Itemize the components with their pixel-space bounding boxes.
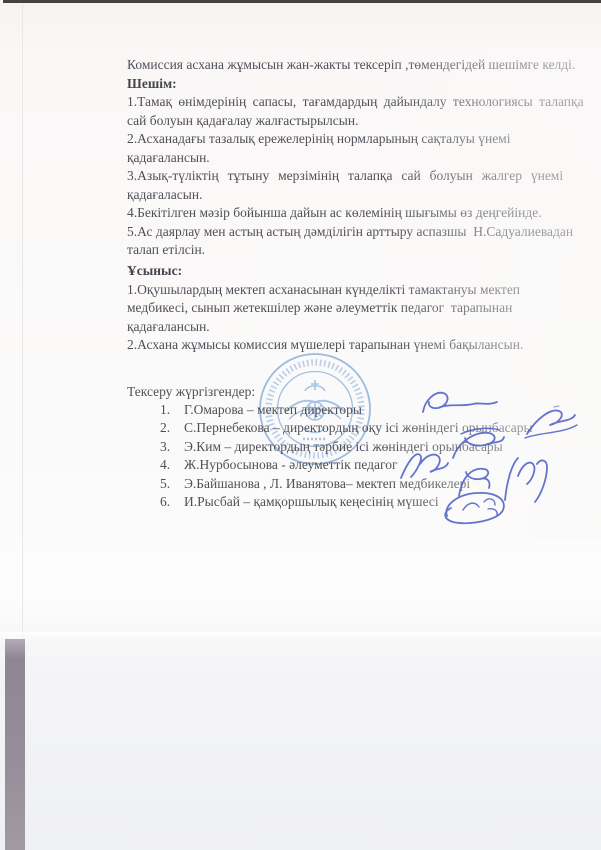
inspector-number: 1. xyxy=(160,401,184,419)
decision-item-5-cont: талап етілсін. xyxy=(127,241,587,260)
signature-ivanyatova xyxy=(505,458,547,502)
signature-rysbay xyxy=(445,493,504,523)
proposal-item-1-cont2: қадағалансын. xyxy=(127,318,587,337)
decision-heading: Шешім: xyxy=(127,75,587,94)
decision-item-1: 1.Тамақ өнімдерінің сапасы, тағамдардың … xyxy=(127,93,587,112)
decision-item-1-cont: сай болуын қадағалау жалғастырылсын. xyxy=(127,112,587,131)
decision-section: Комиссия асхана жұмысын жан-жакты тексер… xyxy=(127,56,587,260)
decision-item-4: 4.Бекітілген мәзір бойынша дайын ас көле… xyxy=(127,204,587,223)
signature-nurbosynova xyxy=(401,454,448,478)
inspector-number: 3. xyxy=(160,438,184,456)
decision-item-5: 5.Ас даярлау мен астың астың дәмділігін … xyxy=(127,223,587,242)
signature-baishanova xyxy=(459,469,490,496)
decision-item-3-cont: қадағаласын. xyxy=(127,186,587,205)
inspector-name-role: Г.Омарова – мектеп директоры xyxy=(184,401,362,419)
inspector-number: 6. xyxy=(160,493,184,511)
decision-item-3: 3.Азық-түліктің тұтыну мерзімінің талапқ… xyxy=(127,167,587,186)
ink-signatures xyxy=(385,378,601,533)
inspectors-heading: Тексеру жүргізгендер: xyxy=(127,383,255,402)
decision-item-2: 2.Асханадағы тазалық ережелерінің нормла… xyxy=(127,130,587,149)
proposal-section: Ұсыныс: 1.Оқушылардың мектеп асханасынан… xyxy=(127,262,587,355)
signature-omarova xyxy=(423,393,559,412)
proposal-item-1: 1.Оқушылардың мектеп асханасынан күнделі… xyxy=(127,281,587,300)
proposal-item-1-cont: медбикесі, сынып жетекшілер және әлеумет… xyxy=(127,299,587,318)
decision-item-2-cont: қадағалансын. xyxy=(127,149,587,168)
signature-kim xyxy=(453,428,504,458)
inspector-number: 5. xyxy=(160,475,184,493)
intro-paragraph: Комиссия асхана жұмысын жан-жакты тексер… xyxy=(127,56,587,75)
scan-left-shadow-strip xyxy=(5,639,25,850)
inspector-name-role: Ж.Нурбосынова - әлеуметтік педагог xyxy=(184,456,398,474)
proposal-heading: Ұсыныс: xyxy=(127,262,587,281)
inspector-number: 2. xyxy=(160,419,184,437)
proposal-item-2: 2.Асхана жұмысы комиссия мүшелері тарапы… xyxy=(127,336,587,355)
inspector-number: 4. xyxy=(160,456,184,474)
signature-pernebekova xyxy=(525,410,577,438)
scan-top-edge xyxy=(3,0,601,3)
